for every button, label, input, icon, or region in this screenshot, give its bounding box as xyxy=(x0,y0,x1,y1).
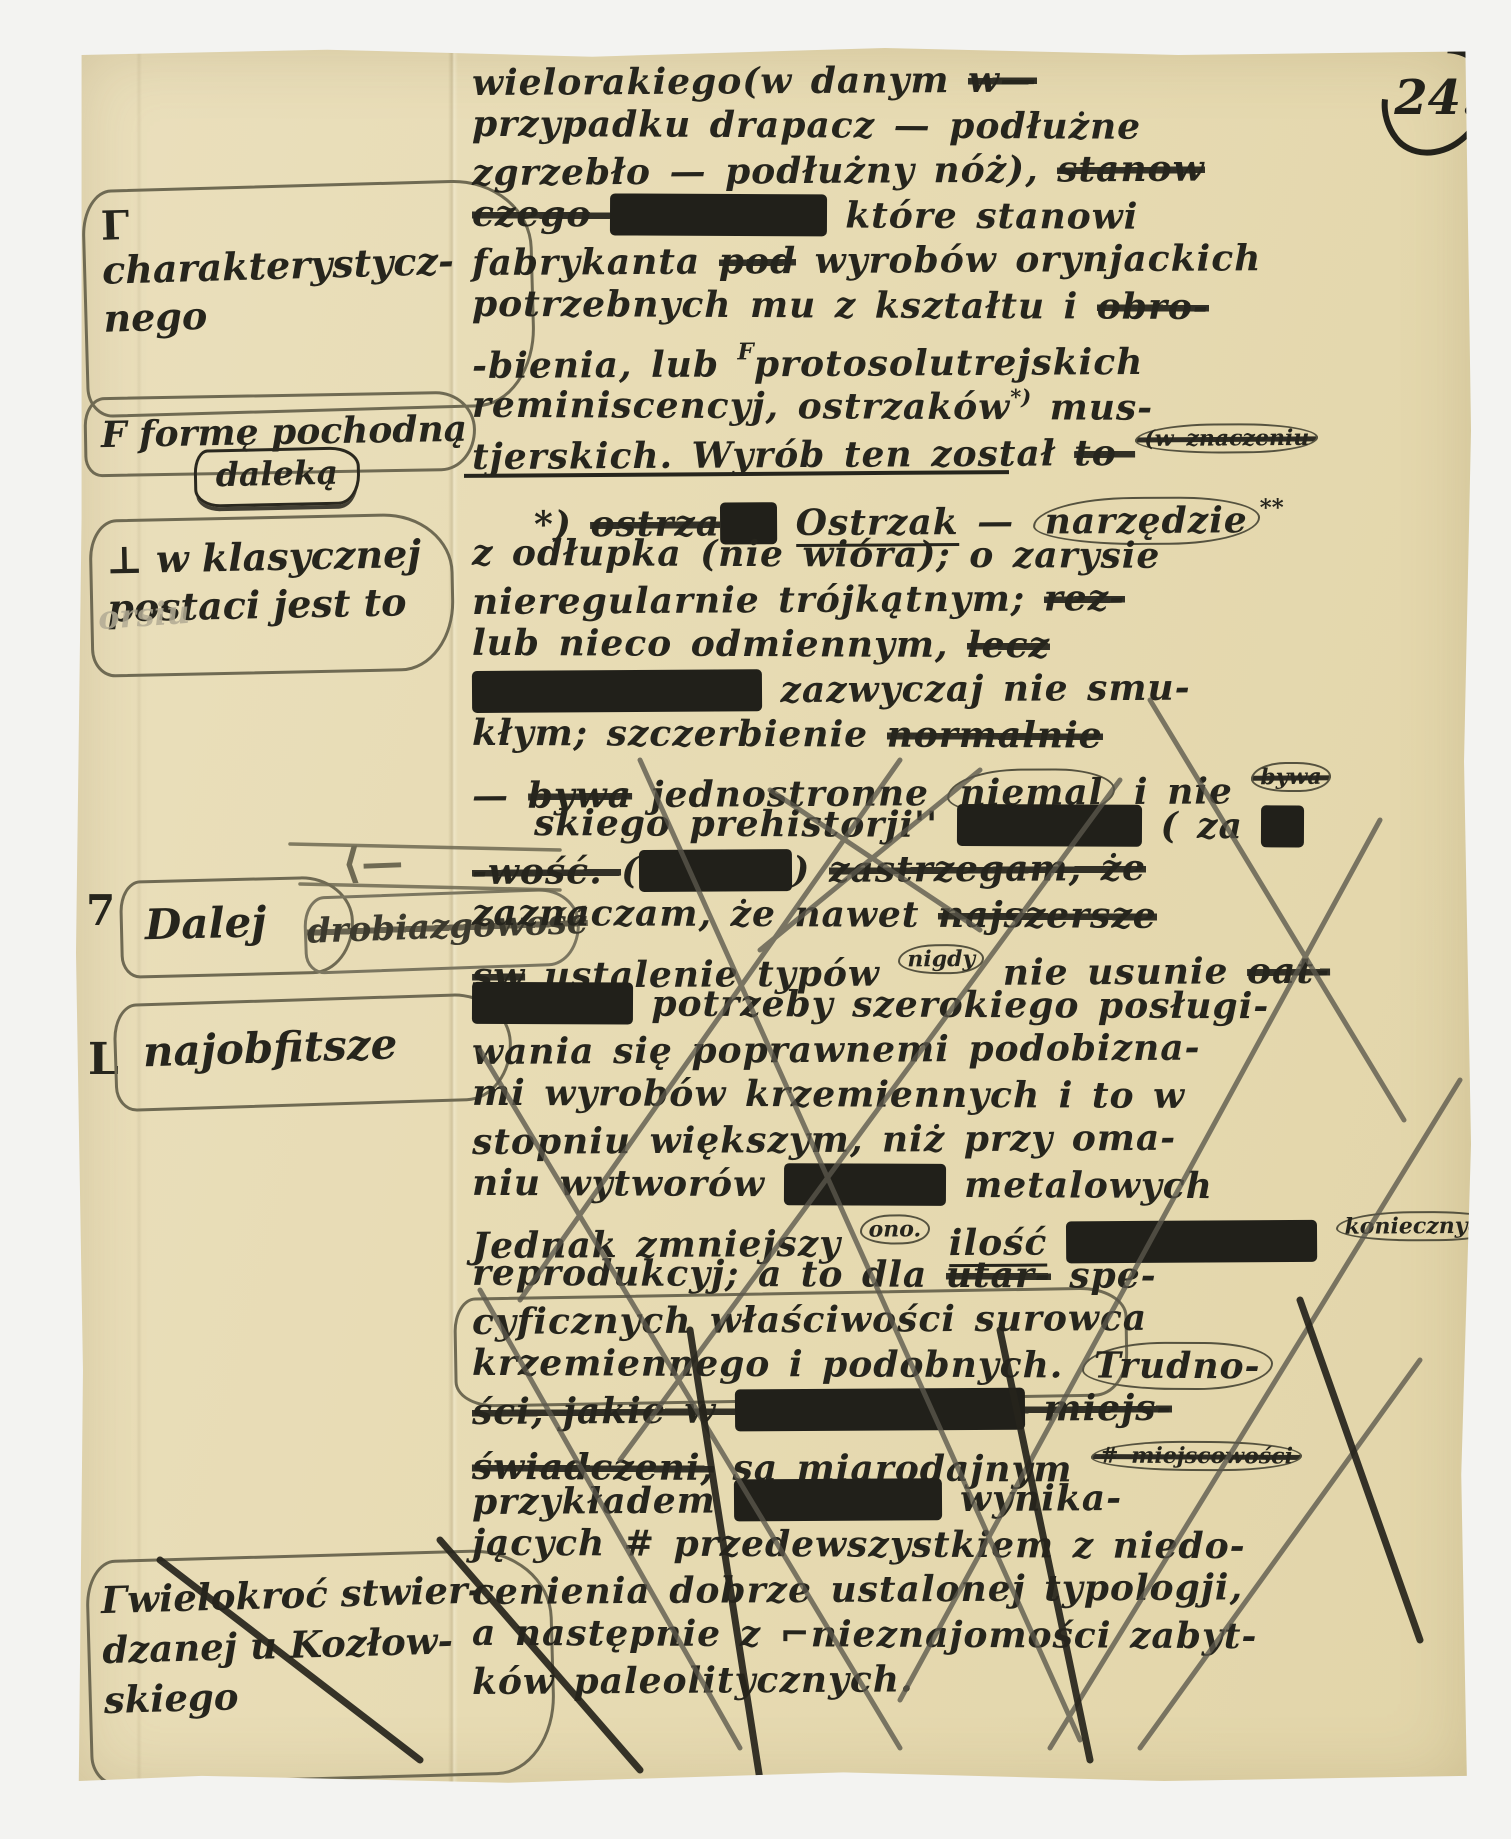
text-segment-p: nieregularnie trójkątnym; xyxy=(472,578,1044,623)
text-line: krzemiennego i podobnych. Trudno- xyxy=(472,1341,1464,1390)
text-segment-p: zaznaczam, że nawet xyxy=(472,892,938,936)
text-segment-p: wyrobów orynjackich xyxy=(796,237,1261,282)
text-segment-p: skiego prehistorji'' xyxy=(534,802,957,846)
margin-note-najobfitsze: najobfitsze xyxy=(112,992,513,1112)
text-line: *) ostrzawo Ostrzak — narzędzie** xyxy=(472,484,1464,535)
text-line: cenienia dobrze ustalonej typologji, xyxy=(472,1564,1464,1615)
text-segment-insc: ono. xyxy=(859,1214,930,1244)
text-line: nieregularnie trójkątnym; rez- xyxy=(472,574,1464,625)
text-segment-s: zastrzegam, że xyxy=(829,847,1146,891)
text-segment-b: bowiem xyxy=(472,982,633,1025)
text-segment-p: spe- xyxy=(1051,1254,1157,1296)
text-line: reminiscencyj, ostrzaków*) mus- xyxy=(472,372,1464,421)
text-line: reprodukcyj; a to dla utar- spe- xyxy=(472,1251,1464,1300)
text-line: cyficznych właściwości surowca xyxy=(472,1294,1464,1345)
text-line: czego odstylenia które stanowi xyxy=(472,192,1464,241)
text-segment-s: normalnie xyxy=(887,714,1103,757)
insertion-mark: F xyxy=(101,414,127,456)
text-segment-s: stanow xyxy=(1057,148,1205,191)
text-segment-s: czego xyxy=(472,193,610,236)
text-line: świadczeni, są miarodajnym # miejscowośc… xyxy=(472,1431,1464,1480)
insertion-mark: 7 xyxy=(86,886,115,935)
text-line: ści, jakie w powszechnem miejs- xyxy=(472,1384,1464,1435)
text-segment-b: Wieliczki, xyxy=(734,1478,942,1521)
text-segment-s: miejs- xyxy=(1025,1387,1173,1430)
text-segment-p: wania się poprawnemi podobizna- xyxy=(472,1027,1201,1073)
text-segment-p: kłym; szczerbienie xyxy=(472,712,887,756)
text-segment-p: potrzebnych mu z kształtu i xyxy=(472,283,1097,328)
text-segment-p: a następnie z ⌐nieznajomości zabyt- xyxy=(472,1612,1258,1657)
text-segment-p: ( za xyxy=(1142,805,1262,848)
text-line: wania się poprawnemi podobizna- xyxy=(472,1024,1464,1075)
text-segment-c: Trudno- xyxy=(1082,1341,1273,1390)
text-line: -bienia, lub Fprotosolutrejskich xyxy=(472,325,1464,376)
faint-pencil-note: orsiu xyxy=(97,593,191,637)
insertion-mark: ⊥ xyxy=(106,537,143,583)
text-segment-p: metalowych xyxy=(946,1164,1213,1207)
text-segment-insx: # miejscowości xyxy=(1091,1441,1302,1472)
text-line: zgrzebło — podłużny nóż), stanow xyxy=(472,145,1464,196)
text-line: ków paleolitycznych. xyxy=(472,1654,1464,1705)
text-line: -wość. (Punktu) zastrzegam, że xyxy=(472,844,1464,895)
text-segment-b: wyraźnie xyxy=(956,804,1142,847)
text-segment-s: pod xyxy=(719,240,797,282)
text-segment-p: zazwyczaj nie smu- xyxy=(762,667,1191,712)
margin-note-text: najobfitsze xyxy=(142,1019,398,1076)
text-line: stopniu większym, niż przy oma- xyxy=(472,1114,1464,1165)
text-segment-b: Punktu xyxy=(639,849,792,892)
text-segment-s: -wość. xyxy=(472,850,621,893)
main-text: wielorakiego(w danym w—przypadku drapacz… xyxy=(472,58,1464,1702)
text-segment-b: powszechnem xyxy=(735,1388,1025,1432)
text-segment-p: przypadku drapacz — podłużne xyxy=(472,103,1141,148)
text-segment-p: lub nieco odmiennym, xyxy=(472,622,967,666)
text-segment-ins: F xyxy=(737,338,754,365)
text-line: fabrykanta pod wyrobów orynjackich xyxy=(472,235,1464,286)
text-segment-p: wielorakiego(w danym xyxy=(472,59,968,104)
text-line: — bywa jednostronne niemal i nie bywa xyxy=(472,754,1464,805)
text-segment-b: drogich xyxy=(784,1163,946,1206)
text-segment-ins: ** xyxy=(1260,494,1284,521)
text-segment-s: lecz xyxy=(967,624,1050,666)
text-line: tjerskich. Wyrób ten został to (w znacze… xyxy=(472,415,1464,466)
text-line: potrzebnych mu z kształtu i obro- xyxy=(472,282,1464,331)
text-line: niu wytworów drogich metalowych xyxy=(472,1161,1464,1210)
text-line: wielorakiego(w danym w— xyxy=(472,55,1464,106)
text-segment-p: ) xyxy=(792,849,829,891)
margin-note-daleka: daleką xyxy=(193,446,360,507)
text-segment-p: ków paleolitycznych. xyxy=(472,1658,914,1703)
text-segment-p: zgrzebło — podłużny nóż), xyxy=(472,148,1057,194)
text-line: jących # przedewszystkiem z niedo- xyxy=(472,1521,1464,1570)
text-segment-insx: (w znaczeniu xyxy=(1135,423,1318,454)
text-line: skiego prehistorji'' wyraźnie ( za to xyxy=(472,801,1464,850)
text-segment-p: stopniu większym, niż przy oma- xyxy=(472,1117,1176,1163)
text-segment-insc: koniecznych xyxy=(1335,1211,1506,1242)
paper-sheet: 24. Γ charakterystycz- nego F formę poch… xyxy=(76,48,1471,1788)
text-segment-p: mi wyrobów krzemiennych i to w xyxy=(472,1072,1185,1117)
text-segment-s: najszersze xyxy=(938,894,1157,937)
text-segment-b: odwrotnie się xyxy=(472,669,762,713)
text-segment-p: jących # przedewszystkiem z niedo- xyxy=(472,1522,1246,1567)
text-segment-p: potrzeby szerokiego posługi- xyxy=(633,983,1270,1028)
text-line: lub nieco odmiennym, lecz xyxy=(472,621,1464,670)
text-segment-b: odstylenia xyxy=(610,193,827,236)
text-line: przypadku drapacz — podłużne xyxy=(472,102,1464,151)
scanned-manuscript-page: 24. Γ charakterystycz- nego F formę poch… xyxy=(0,0,1511,1839)
text-segment-p: wynika- xyxy=(941,1477,1122,1520)
text-line: kłym; szczerbienie normalnie xyxy=(472,711,1464,760)
text-segment-p: z odłupka (nie wióra); o zarysie xyxy=(472,532,1161,577)
text-line: przykładem Wieliczki, wynika- xyxy=(472,1474,1464,1525)
text-segment-p: cyficznych właściwości surowca xyxy=(472,1297,1147,1343)
text-segment-p: krzemiennego i podobnych. xyxy=(472,1342,1082,1387)
margin-note-charakterystycznego: Γ charakterystycz- nego xyxy=(81,178,537,418)
text-line: zaznaczam, że nawet najszersze xyxy=(472,891,1464,940)
text-segment-p: niu wytworów xyxy=(472,1162,784,1205)
text-segment-p: fabrykanta xyxy=(472,241,719,285)
text-segment-s: rez- xyxy=(1044,577,1126,619)
text-segment-s: to xyxy=(1074,432,1135,474)
text-line: Jednak zmniejszy ono. ilość pieniężnych … xyxy=(472,1204,1464,1255)
text-segment-b: to xyxy=(1261,805,1304,847)
text-segment-p: przykładem xyxy=(472,1479,735,1523)
text-line: bowiem potrzeby szerokiego posługi- xyxy=(472,981,1464,1030)
text-segment-s: ści, jakie w xyxy=(472,1389,735,1433)
text-segment-s: obro- xyxy=(1097,286,1209,328)
text-line: a następnie z ⌐nieznajomości zabyt- xyxy=(472,1611,1464,1660)
text-line: mi wyrobów krzemiennych i to w xyxy=(472,1071,1464,1120)
text-segment-p: cenienia dobrze ustalonej typologji, xyxy=(472,1566,1243,1613)
text-segment-sup: *) xyxy=(1010,384,1031,409)
text-segment-insc: nigdy xyxy=(898,944,984,975)
text-segment-p: ( xyxy=(621,850,639,892)
margin-note-text: daleką xyxy=(215,453,338,495)
margin-note-text: Dalej xyxy=(144,897,267,949)
text-segment-insx: bywa xyxy=(1251,762,1331,792)
margin-note-line: ⊥ w klasycznej xyxy=(106,529,451,584)
insertion-mark: Γ xyxy=(100,1577,127,1622)
text-line: odwrotnie się zazwyczaj nie smu- xyxy=(472,664,1464,715)
text-line: z odłupka (nie wióra); o zarysie xyxy=(472,531,1464,580)
text-line: sw ustalenie typów nigdy nie usunie oat- xyxy=(472,934,1464,985)
text-segment-s: utar- xyxy=(946,1254,1051,1296)
text-segment-p: które stanowi xyxy=(827,194,1139,237)
text-segment-p: reprodukcyj; a to dla xyxy=(472,1252,946,1296)
margin-dash-mark: ⟨— xyxy=(341,837,404,888)
text-segment-s: w— xyxy=(968,59,1037,101)
